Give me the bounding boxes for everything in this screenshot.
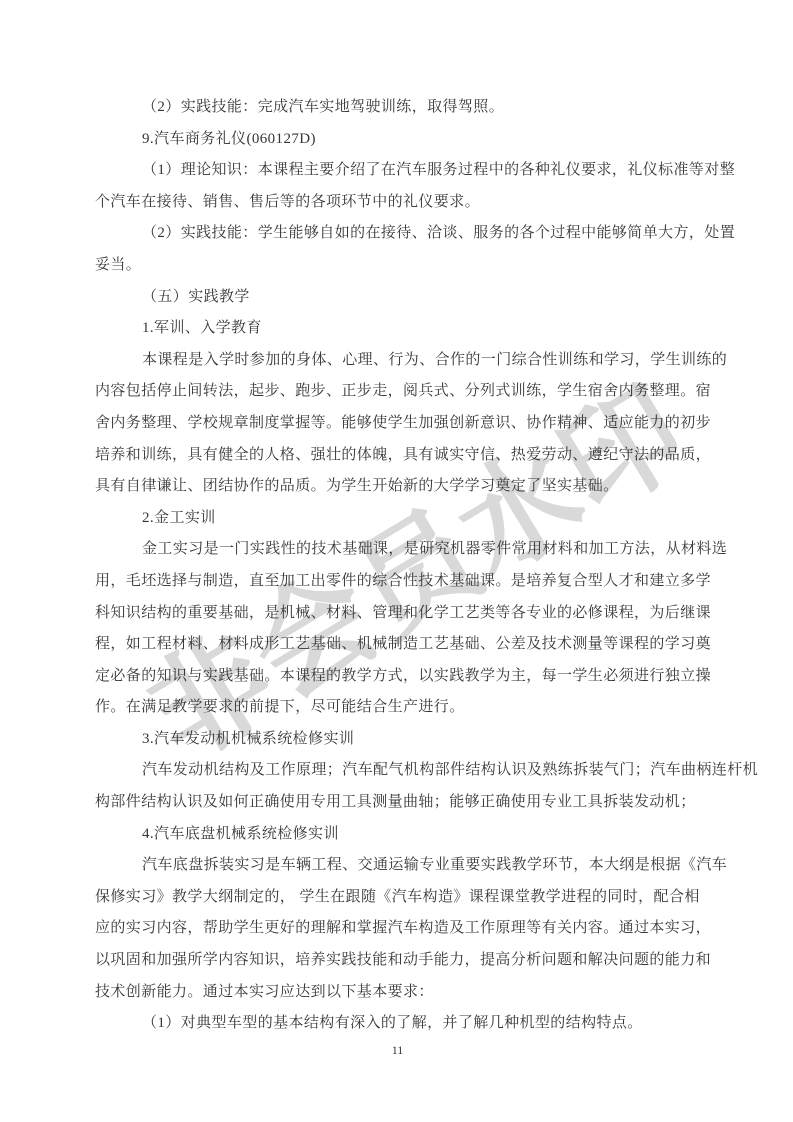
text-line: （2）实践技能：完成汽车实地驾驶训练，取得驾照。	[95, 92, 700, 124]
text-line: 舍内务整理、学校规章制度掌握等。能够使学生加强创新意识、协作精神、适应能力的初步	[95, 408, 700, 440]
document-page: 非会员水印 （2）实践技能：完成汽车实地驾驶训练，取得驾照。 9.汽车商务礼仪(…	[0, 0, 793, 1122]
text-line: （五）实践教学	[95, 282, 700, 314]
text-line: （1）对典型车型的基本结构有深入的了解，并了解几种机型的结构特点。	[95, 1008, 700, 1040]
text-line: 培养和训练，具有健全的人格、强壮的体魄，具有诚实守信、热爱劳动、遵纪守法的品质，	[95, 440, 700, 472]
text-line: 以巩固和加强所学内容知识，培养实践技能和动手能力，提高分析问题和解决问题的能力和	[95, 945, 700, 977]
text-line: 定必备的知识与实践基础。本课程的教学方式，以实践教学为主，每一学生必须进行独立操	[95, 661, 700, 693]
text-line: 妥当。	[95, 250, 700, 282]
text-line: （1）理论知识：本课程主要介绍了在汽车服务过程中的各种礼仪要求，礼仪标准等对整	[95, 155, 700, 187]
text-line: 1.军训、入学教育	[95, 313, 700, 345]
text-line: 科知识结构的重要基础，是机械、材料、管理和化学工艺类等各专业的必修课程，为后继课	[95, 598, 700, 630]
text-line: 构部件结构认识及如何正确使用专用工具测量曲轴；能够正确使用专业工具拆装发动机；	[95, 787, 700, 819]
text-line: 用，毛坯选择与制造，直至加工出零件的综合性技术基础课。是培养复合型人才和建立多学	[95, 566, 700, 598]
text-line: 技术创新能力。通过本实习应达到以下基本要求：	[95, 977, 700, 1009]
document-body: （2）实践技能：完成汽车实地驾驶训练，取得驾照。 9.汽车商务礼仪(060127…	[95, 92, 700, 1040]
text-line: 作。在满足教学要求的前提下，尽可能结合生产进行。	[95, 692, 700, 724]
text-line: 个汽车在接待、销售、售后等的各项环节中的礼仪要求。	[95, 187, 700, 219]
text-line: 9.汽车商务礼仪(060127D)	[95, 124, 700, 156]
text-line: 具有自律谦让、团结协作的品质。为学生开始新的大学学习奠定了坚实基础。	[95, 471, 700, 503]
text-line: 应的实习内容，帮助学生更好的理解和掌握汽车构造及工作原理等有关内容。通过本实习，	[95, 913, 700, 945]
text-line: 金工实习是一门实践性的技术基础课，是研究机器零件常用材料和加工方法，从材料选	[95, 534, 700, 566]
text-line: （2）实践技能：学生能够自如的在接待、洽谈、服务的各个过程中能够简单大方，处置	[95, 218, 700, 250]
text-line: 汽车底盘拆装实习是车辆工程、交通运输专业重要实践教学环节，本大纲是根据《汽车	[95, 850, 700, 882]
text-line: 内容包括停止间转法，起步、跑步、正步走，阅兵式、分列式训练，学生宿舍内务整理。宿	[95, 376, 700, 408]
text-line: 汽车发动机结构及工作原理；汽车配气机构部件结构认识及熟练拆装气门；汽车曲柄连杆机	[95, 755, 700, 787]
text-line: 保修实习》教学大纲制定的， 学生在跟随《汽车构造》课程课堂教学进程的同时，配合相	[95, 882, 700, 914]
text-line: 2.金工实训	[95, 503, 700, 535]
text-line: 本课程是入学时参加的身体、心理、行为、合作的一门综合性训练和学习，学生训练的	[95, 345, 700, 377]
text-line: 程，如工程材料、材料成形工艺基础、机械制造工艺基础、公差及技术测量等课程的学习奠	[95, 629, 700, 661]
text-line: 3.汽车发动机机械系统检修实训	[95, 724, 700, 756]
text-line: 4.汽车底盘机械系统检修实训	[95, 819, 700, 851]
page-number: 11	[95, 1043, 700, 1058]
